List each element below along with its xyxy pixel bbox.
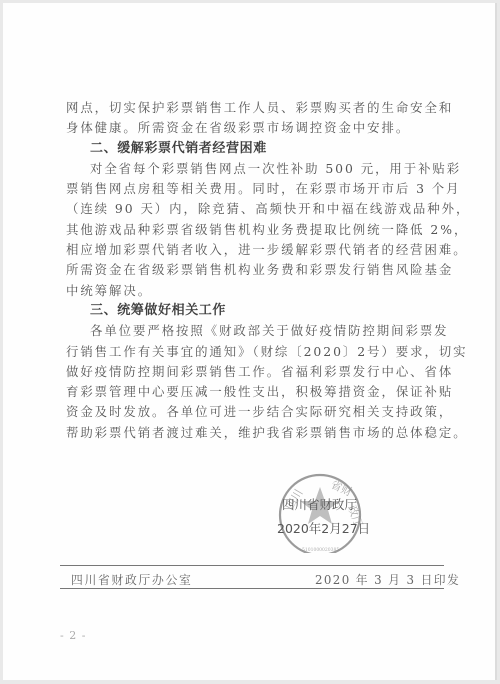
body-line: 其他游戏品种彩票省级销售机构业务费提取比例统一降低 2%，: [66, 220, 422, 240]
body-line: 行销售工作有关事宜的通知》（财综〔2020〕2号）要求，切实: [66, 342, 422, 362]
body-line: 身体健康。所需资金在省级彩票市场调控资金中安排。: [66, 118, 422, 138]
body-line: 做好疫情防控期间彩票销售工作。省福利彩票发行中心、省体: [66, 362, 422, 382]
body-line: 网点，切实保护彩票销售工作人员、彩票购买者的生命安全和: [66, 98, 422, 118]
signature-date: 2020年2月27日: [277, 519, 370, 537]
signature-issuer: 四川省财政厅: [282, 495, 357, 513]
body-line: 各单位要严格按照《财政部关于做好疫情防控期间彩票发: [66, 321, 422, 341]
issuing-office: 四川省财政厅办公室: [71, 571, 192, 588]
section-heading-2: 二、缓解彩票代销者经营困难: [66, 139, 422, 159]
section-heading-3: 三、统筹做好相关工作: [66, 301, 422, 321]
body-line: 育彩票管理中心要压减一般性支出，积极筹措资金，保证补贴: [66, 382, 422, 402]
document-body: 网点，切实保护彩票销售工作人员、彩票购买者的生命安全和 身体健康。所需资金在省级…: [66, 98, 422, 443]
print-date: 2020 年 3 月 3 日印发: [315, 571, 460, 588]
body-line: 所需资金在省级彩票销售机构业务费和彩票发行销售风险基金: [66, 260, 422, 280]
body-line: （连续 90 天）内，除竞猜、高频快开和中福在线游戏品种外，: [66, 199, 422, 219]
body-line: 票销售网点房租等相关费用。同时，在彩票市场开市后 3 个月: [66, 179, 422, 199]
footer-bottom-rule: [60, 588, 444, 589]
body-line: 资金及时发放。各单位可进一步结合实际研究相关支持政策，: [66, 402, 422, 422]
document-page: 网点，切实保护彩票销售工作人员、彩票购买者的生命安全和 身体健康。所需资金在省级…: [3, 3, 497, 680]
body-line: 相应增加彩票代销者收入，进一步缓解彩票代销者的经营困难。: [66, 240, 422, 260]
body-line: 帮助彩票代销者渡过难关，维护我省彩票销售市场的总体稳定。: [66, 423, 422, 443]
page-number: - 2 -: [60, 629, 86, 642]
body-line: 对全省每个彩票销售网点一次性补助 500 元，用于补贴彩: [66, 159, 422, 179]
footer-top-rule: [60, 565, 444, 566]
body-line: 中统筹解决。: [66, 281, 422, 301]
official-seal: 四川 省财 政厅 5101000020385 四川省财政厅 2020年2月27日: [274, 471, 370, 553]
svg-text:5101000020385: 5101000020385: [302, 547, 339, 553]
